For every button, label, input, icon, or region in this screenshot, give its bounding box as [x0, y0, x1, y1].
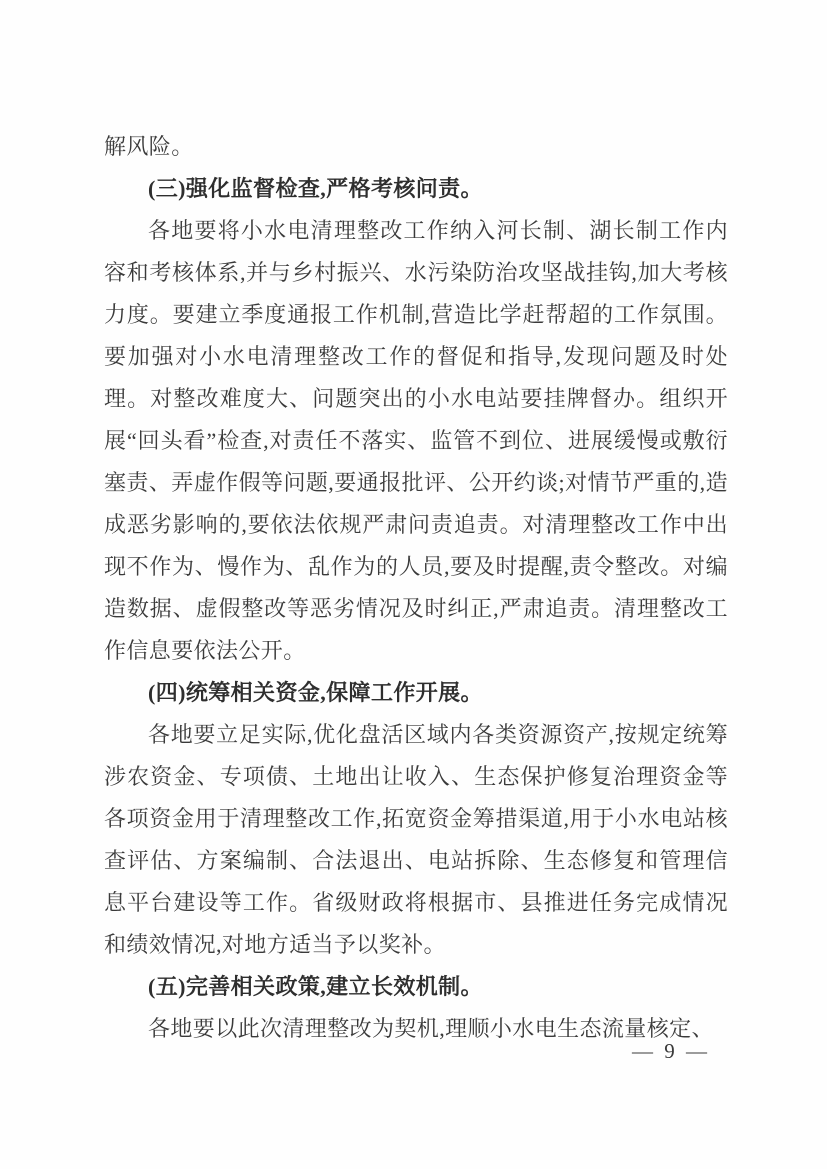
document-page: 解风险。 (三)强化监督检查,严格考核问责。 各地要将小水电清理整改工作纳入河长… [0, 0, 827, 1169]
document-text-block: 解风险。 (三)强化监督检查,严格考核问责。 各地要将小水电清理整改工作纳入河长… [104, 126, 728, 1050]
section-heading-4: (四)统筹相关资金,保障工作开展。 [104, 672, 728, 714]
section-heading-3: (三)强化监督检查,严格考核问责。 [104, 168, 728, 210]
paragraph-section-4: 各地要立足实际,优化盘活区域内各类资源资产,按规定统筹涉农资金、专项债、土地出让… [104, 714, 728, 966]
page-number: — 9 — [632, 1036, 710, 1066]
paragraph-section-3: 各地要将小水电清理整改工作纳入河长制、湖长制工作内容和考核体系,并与乡村振兴、水… [104, 210, 728, 672]
section-heading-5: (五)完善相关政策,建立长效机制。 [104, 966, 728, 1008]
paragraph-continuation: 解风险。 [104, 126, 728, 168]
